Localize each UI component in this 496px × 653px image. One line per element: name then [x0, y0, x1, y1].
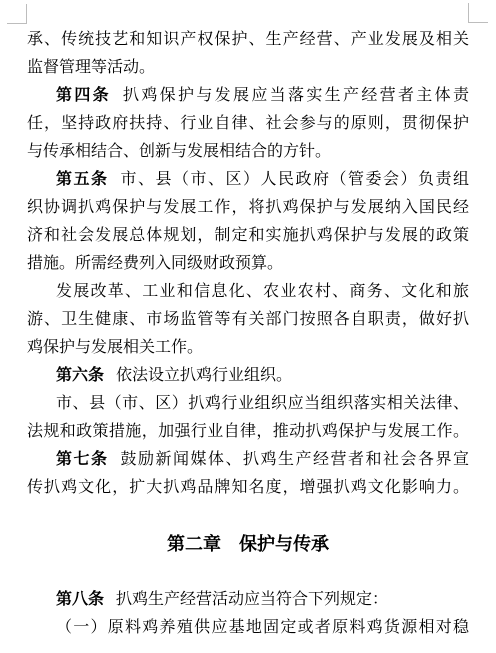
text-boundary-mark-top-right-icon [468, 3, 488, 23]
line-text: 市、县（市、区）人民政府（管委会）负责组 [121, 171, 469, 188]
line-text: 织协调扒鸡保护与发展工作，将扒鸡保护与发展纳入国民经 [27, 199, 469, 216]
article-number: 第四条 [56, 87, 111, 104]
blank-line [27, 558, 469, 586]
line-text: 传扒鸡文化，扩大扒鸡品牌知名度，增强扒鸡文化影响力。 [27, 479, 469, 496]
line-text: 扒鸡生产经营活动应当符合下列规定： [116, 591, 388, 608]
line-text: （一）原料鸡养殖供应基地固定或者原料鸡货源相对稳 [56, 619, 469, 636]
article-number: 第八条 [56, 591, 104, 608]
article-8-line: 第八条扒鸡生产经营活动应当符合下列规定： [27, 586, 469, 614]
body-line: 传扒鸡文化，扩大扒鸡品牌知名度，增强扒鸡文化影响力。 [27, 474, 469, 502]
line-text: 扒鸡保护与发展应当落实生产经营者主体责 [123, 87, 469, 104]
body-line: （一）原料鸡养殖供应基地固定或者原料鸡货源相对稳 [27, 614, 469, 642]
chapter-heading: 第二章 保护与传承 [27, 530, 469, 558]
line-text: 与传承相结合、创新与发展相结合的方针。 [27, 143, 331, 160]
body-line: 游、卫生健康、市场监管等有关部门按照各自职责，做好扒 [27, 306, 469, 334]
body-line: 与传承相结合、创新与发展相结合的方针。 [27, 138, 469, 166]
article-7-line: 第七条鼓励新闻媒体、扒鸡生产经营者和社会各界宣 [27, 446, 469, 474]
line-text: 承、传统技艺和知识产权保护、生产经营、产业发展及相关 [27, 31, 469, 48]
article-5-line: 第五条市、县（市、区）人民政府（管委会）负责组 [27, 166, 469, 194]
line-text: 措施。所需经费列入同级财政预算。 [27, 255, 283, 272]
line-text: 依法设立扒鸡行业组织。 [116, 367, 292, 384]
body-line: 济和社会发展总体规划，制定和实施扒鸡保护与发展的政策 [27, 222, 469, 250]
line-text: 监督管理等活动。 [27, 59, 155, 76]
blank-line [27, 502, 469, 530]
body-line: 鸡保护与发展相关工作。 [27, 334, 469, 362]
document-body: 承、传统技艺和知识产权保护、生产经营、产业发展及相关 监督管理等活动。 第四条扒… [27, 26, 469, 642]
body-line: 监督管理等活动。 [27, 54, 469, 82]
document-page: 承、传统技艺和知识产权保护、生产经营、产业发展及相关 监督管理等活动。 第四条扒… [0, 0, 496, 653]
body-line: 措施。所需经费列入同级财政预算。 [27, 250, 469, 278]
body-line: 发展改革、工业和信息化、农业农村、商务、文化和旅 [27, 278, 469, 306]
line-text: 游、卫生健康、市场监管等有关部门按照各自职责，做好扒 [27, 311, 469, 328]
line-text: 任，坚持政府扶持、行业自律、社会参与的原则，贯彻保护 [27, 115, 469, 132]
line-text: 发展改革、工业和信息化、农业农村、商务、文化和旅 [56, 283, 469, 300]
article-4-line: 第四条扒鸡保护与发展应当落实生产经营者主体责 [27, 82, 469, 110]
body-line: 任，坚持政府扶持、行业自律、社会参与的原则，贯彻保护 [27, 110, 469, 138]
body-line: 织协调扒鸡保护与发展工作，将扒鸡保护与发展纳入国民经 [27, 194, 469, 222]
body-line: 法规和政策措施，加强行业自律，推动扒鸡保护与发展工作。 [27, 418, 469, 446]
article-number: 第六条 [56, 367, 104, 384]
body-line: 市、县（市、区）扒鸡行业组织应当组织落实相关法律、 [27, 390, 469, 418]
text-boundary-mark-top-left-icon [7, 4, 27, 24]
article-number: 第五条 [56, 171, 109, 188]
line-text: 鼓励新闻媒体、扒鸡生产经营者和社会各界宣 [121, 451, 469, 468]
line-text: 济和社会发展总体规划，制定和实施扒鸡保护与发展的政策 [27, 227, 469, 244]
article-6-line: 第六条依法设立扒鸡行业组织。 [27, 362, 469, 390]
article-number: 第七条 [56, 451, 109, 468]
line-text: 鸡保护与发展相关工作。 [27, 339, 203, 356]
line-text: 法规和政策措施，加强行业自律，推动扒鸡保护与发展工作。 [27, 423, 469, 440]
line-text: 市、县（市、区）扒鸡行业组织应当组织落实相关法律、 [56, 395, 469, 412]
body-line: 承、传统技艺和知识产权保护、生产经营、产业发展及相关 [27, 26, 469, 54]
